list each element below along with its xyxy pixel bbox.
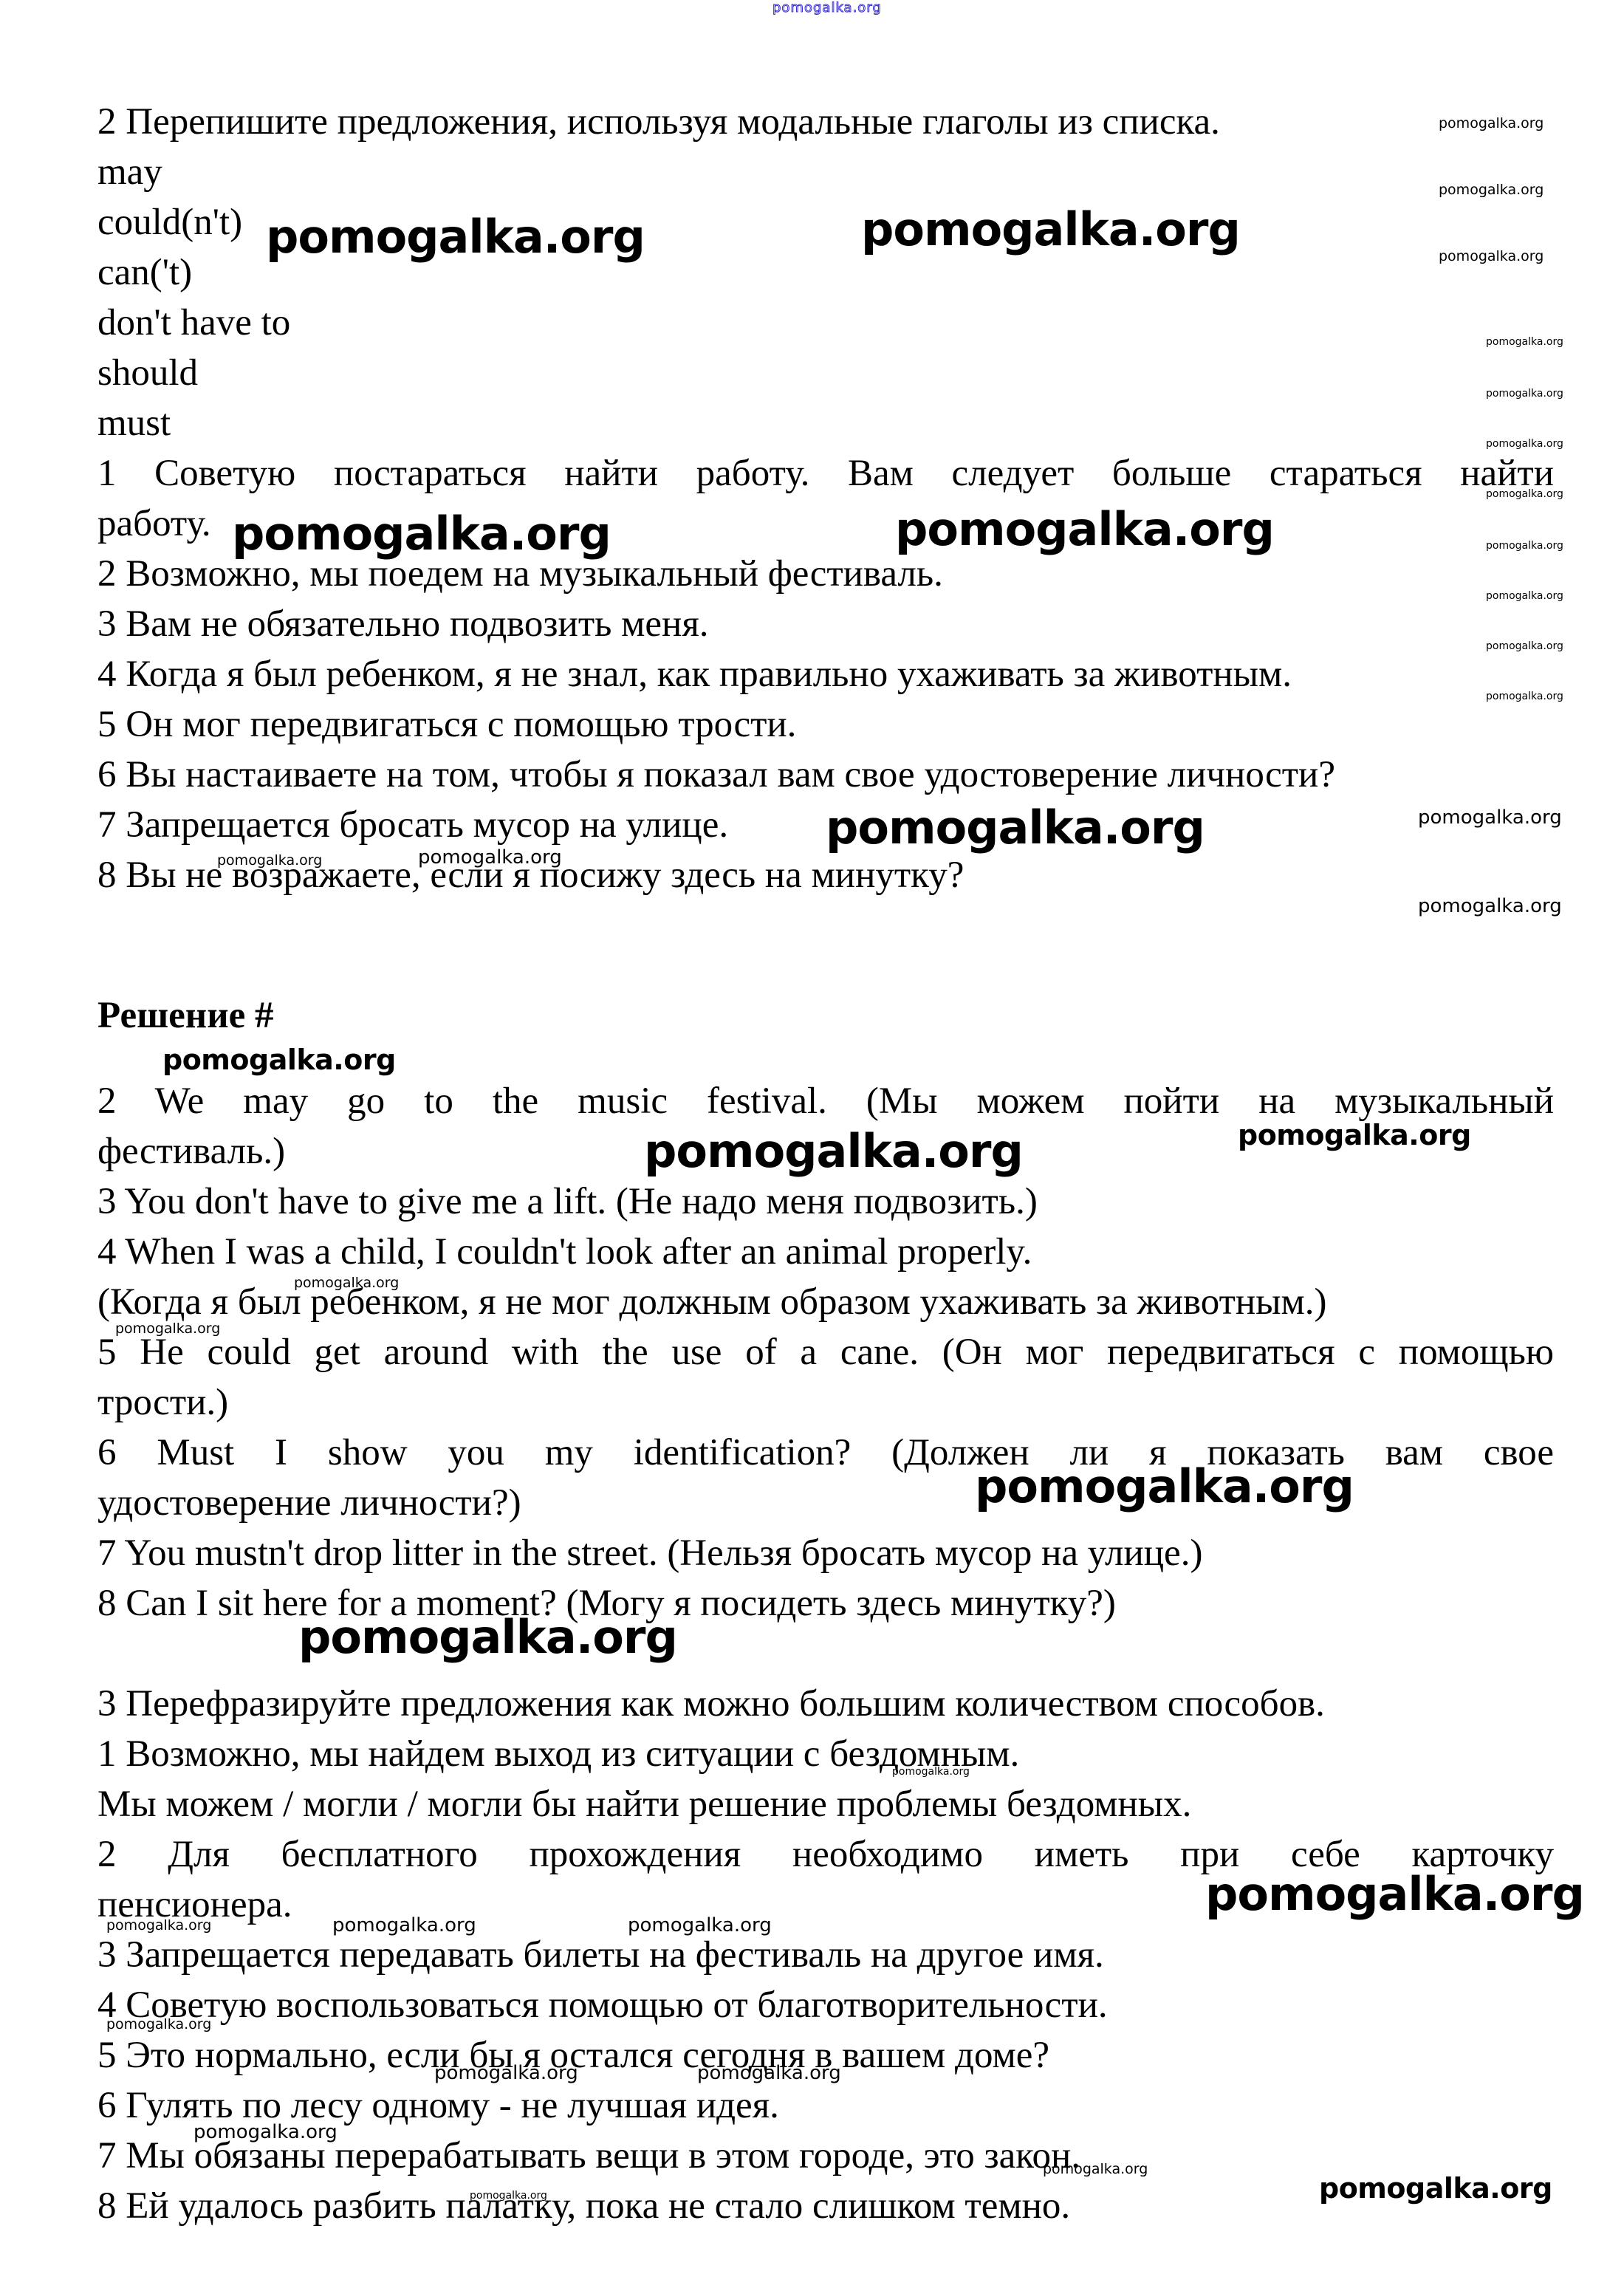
solution-line-3: 3 You don't have to give me a lift. (Не … [97,1183,1038,1221]
watermark: pomogalka.org [1439,250,1544,264]
watermark: pomogalka.org [1439,117,1544,131]
watermark: pomogalka.org [1418,897,1562,916]
watermark: pomogalka.org [892,1767,970,1777]
watermark: pomogalka.org [418,848,562,867]
task2-sentence-3: 3 Вам не обязательно подвозить меня. [97,606,709,643]
solution-line-2-cont: фестиваль.) [97,1133,285,1171]
watermark: pomogalka.org [470,2191,547,2201]
modal-can: can('t) [97,254,192,292]
task3-title: 3 Перефразируйте предложения как можно б… [97,1685,1325,1723]
watermark: pomogalka.org [1418,808,1562,827]
solution-line-4: 4 When I was a child, I couldn't look af… [97,1233,1032,1271]
watermark: pomogalka.org [217,854,322,868]
task2-sentence-2: 2 Возможно, мы поедем на музыкальный фес… [97,555,943,593]
task2-sentence-4: 4 Когда я был ребенком, я не знал, как п… [97,656,1292,693]
task3-line-1: 1 Возможно, мы найдем выход из ситуации … [97,1736,1019,1773]
watermark: pomogalka.org [628,1916,772,1935]
watermark: pomogalka.org [1486,591,1563,601]
task2-sentence-7: 7 Запрещается бросать мусор на улице. [97,806,728,844]
watermark: pomogalka.org [644,1128,1023,1174]
task3-line-3: 3 Запрещается передавать билеты на фести… [97,1936,1104,1974]
watermark: pomogalka.org [266,214,645,260]
modal-dont-have-to: don't have to [97,304,290,342]
watermark: pomogalka.org [1486,489,1563,499]
modal-could: could(n't) [97,204,242,242]
watermark: pomogalka.org [1486,541,1563,551]
watermark: pomogalka.org [106,1919,211,1933]
task2-sentence-1-cont: работу. [97,505,211,543]
solution-line-5: 5 He could get around with the use of a … [97,1334,1554,1371]
watermark: pomogalka.org [332,1916,476,1935]
solution-line-7: 7 You mustn't drop litter in the street.… [97,1535,1202,1572]
watermark: pomogalka.org [1205,1871,1584,1917]
watermark: pomogalka.org [826,805,1205,851]
modal-must: must [97,405,171,442]
watermark: pomogalka.org [1439,183,1544,197]
watermark: pomogalka.org [294,1276,399,1290]
solution-line-5-cont: трости.) [97,1384,228,1422]
solution-line-6-cont: удостоверение личности?) [97,1484,521,1522]
watermark: pomogalka.org [1319,2174,1552,2202]
watermark: pomogalka.org [1486,691,1563,702]
watermark: pomogalka.org [1486,439,1563,449]
watermark: pomogalka.org [1486,388,1563,399]
solution-line-2: 2 We may go to the music festival. (Мы м… [97,1083,1554,1120]
solution-line-4-translation: (Когда я был ребенком, я не мог должным … [97,1284,1326,1321]
watermark: pomogalka.org [106,2018,211,2032]
watermark: pomogalka.org [193,2123,338,2142]
task3-line-4: 4 Советую воспользоваться помощью от бла… [97,1987,1108,2024]
task3-line-6: 6 Гулять по лесу одному - не лучшая идея… [97,2087,779,2125]
watermark: pomogalka.org [1486,641,1563,651]
watermark: pomogalka.org [232,511,611,557]
modal-should: should [97,354,198,392]
task3-line-8: 8 Ей удалось разбить палатку, пока не ст… [97,2188,1070,2225]
watermark: pomogalka.org [162,1046,396,1074]
top-watermark: pomogalka.org [772,1,882,15]
watermark: pomogalka.org [1486,337,1563,347]
watermark: pomogalka.org [861,207,1240,253]
watermark: pomogalka.org [1238,1121,1471,1149]
task2-sentence-1: 1 Советую постараться найти работу. Вам … [97,455,1554,493]
solution-heading: Решение # [97,997,273,1035]
watermark: pomogalka.org [434,2063,578,2083]
modal-may: may [97,154,162,191]
task2-title: 2 Перепишите предложения, используя мода… [97,103,1220,141]
task3-line-1-answer: Мы можем / могли / могли бы найти решени… [97,1786,1191,1823]
watermark: pomogalka.org [115,1322,220,1336]
watermark: pomogalka.org [975,1464,1354,1510]
task2-sentence-6: 6 Вы настаиваете на том, чтобы я показал… [97,756,1335,794]
watermark: pomogalka.org [895,507,1274,552]
watermark: pomogalka.org [298,1614,677,1660]
task2-sentence-5: 5 Он мог передвигаться с помощью трости. [97,706,796,744]
watermark: pomogalka.org [1043,2162,1148,2176]
watermark: pomogalka.org [697,2063,841,2083]
